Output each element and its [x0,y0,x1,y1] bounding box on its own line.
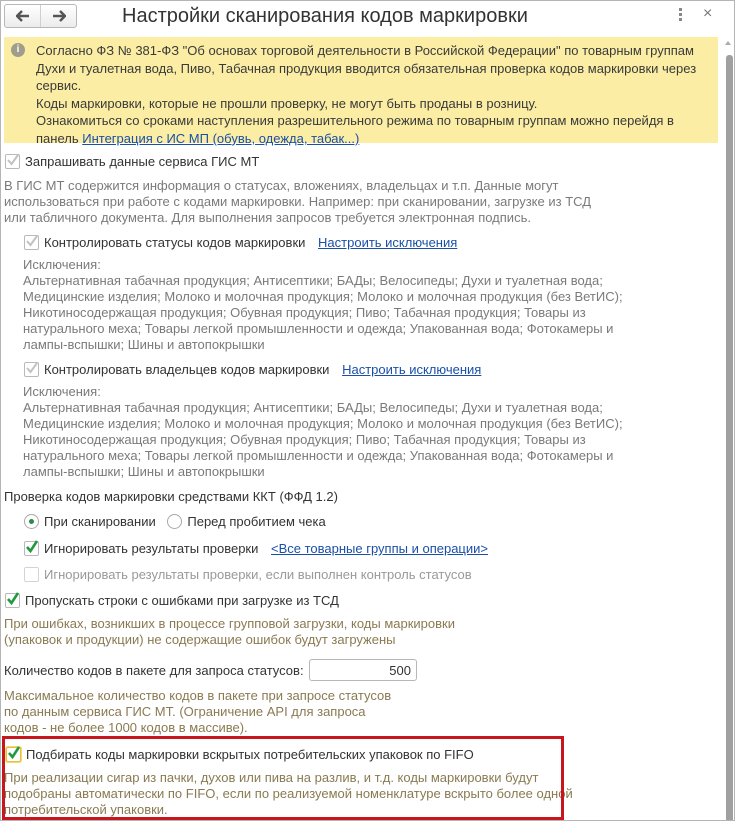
exceptions-line: натурального меха; Товары легкой промышл… [23,321,623,337]
batch-size-input[interactable]: 500 [309,659,417,681]
kkt-mode-radio-group: При сканировании Перед пробитием чека [24,514,326,529]
gis-mt-description: В ГИС МТ содержится информация о статуса… [4,178,591,226]
exceptions-line: Альтернативная табачная продукция; Антис… [23,273,623,289]
control-statuses-row[interactable]: Контролировать статусы кодов маркировки … [24,235,457,250]
kkt-heading: Проверка кодов маркировки средствами ККТ… [4,489,338,504]
radio-before-receipt[interactable]: Перед пробитием чека [167,514,325,529]
info-line-2: Коды маркировки, которые не прошли прове… [36,95,716,113]
owner-exceptions: Исключения: Альтернативная табачная прод… [23,384,623,480]
exceptions-line: лампы-вспышки; Шины и автопокрышки [23,337,623,353]
forward-button[interactable] [40,5,76,27]
ignore-if-status-checkbox [24,567,39,582]
status-exceptions: Исключения: Альтернативная табачная прод… [23,257,623,353]
ignore-if-status-label: Игнорировать результаты проверки, если в… [44,567,472,582]
info-line-1: Согласно ФЗ № 381-ФЗ "Об основах торгово… [36,42,716,95]
batch-size-label: Количество кодов в пакете для запроса ст… [4,663,304,678]
skip-errors-row[interactable]: Пропускать строки с ошибками при загрузк… [5,593,339,608]
radio-button[interactable] [167,514,182,529]
radio-label: Перед пробитием чека [187,514,325,529]
radio-on-scan[interactable]: При сканировании [24,514,156,529]
exceptions-line: Медицинские изделия; Молоко и молочная п… [23,289,623,305]
desc-line: В ГИС МТ содержится информация о статуса… [4,178,591,194]
info-line-3: Ознакомиться со сроками наступления разр… [36,112,716,147]
control-owners-checkbox[interactable] [24,362,39,377]
request-gis-mt-label: Запрашивать данные сервиса ГИС МТ [25,154,259,169]
arrow-right-icon [52,10,66,22]
form-content: i Согласно ФЗ № 381-ФЗ "Об основах торго… [1,37,721,820]
configure-status-exceptions-link[interactable]: Настроить исключения [318,235,457,250]
exceptions-line: лампы-вспышки; Шины и автопокрышки [23,464,623,480]
skip-errors-label: Пропускать строки с ошибками при загрузк… [25,593,339,608]
checkmark-icon [7,746,21,760]
exceptions-line: Никотиносодержащая продукция; Обувная пр… [23,432,623,448]
exceptions-line: Никотиносодержащая продукция; Обувная пр… [23,305,623,321]
scroll-up-arrow-icon[interactable] [725,41,731,45]
control-statuses-label: Контролировать статусы кодов маркировки [44,235,305,250]
ignore-if-status-row: Игнорировать результаты проверки, если в… [24,567,472,582]
desc-line: При реализации сигар из пачки, духов или… [4,770,573,786]
checkmark-icon [6,153,20,167]
fifo-row[interactable]: Подбирать коды маркировки вскрытых потре… [6,747,474,762]
integration-link[interactable]: Интеграция с ИС МП (обувь, одежда, табак… [82,131,359,146]
request-gis-mt-row[interactable]: Запрашивать данные сервиса ГИС МТ [5,154,259,169]
settings-window: Настройки сканирования кодов маркировки … [0,0,735,821]
exceptions-title: Исключения: [23,257,623,273]
checkmark-icon [25,540,39,554]
configure-owner-exceptions-link[interactable]: Настроить исключения [342,362,481,377]
radio-button[interactable] [24,514,39,529]
control-owners-row[interactable]: Контролировать владельцев кодов маркиров… [24,362,481,377]
desc-line: кодов - не более 1000 кодов в массиве). [4,720,391,736]
exceptions-line: Медицинские изделия; Молоко и молочная п… [23,416,623,432]
desc-line: (упаковок и продукции) не содержащие оши… [4,632,455,648]
skip-errors-checkbox[interactable] [5,593,20,608]
fifo-label: Подбирать коды маркировки вскрытых потре… [26,747,474,762]
more-vertical-icon[interactable] [679,8,683,24]
all-product-groups-link[interactable]: <Все товарные группы и операции> [271,541,488,556]
desc-line: подобраны автоматически по FIFO, если по… [4,786,573,802]
ignore-results-label: Игнорировать результаты проверки [44,541,258,556]
info-icon: i [11,43,25,57]
skip-errors-description: При ошибках, возникших в процессе группо… [4,616,455,648]
exceptions-line: натурального меха; Товары легкой промышл… [23,448,623,464]
checkmark-icon [25,234,39,248]
info-banner: i Согласно ФЗ № 381-ФЗ "Об основах торго… [4,37,718,143]
checkmark-icon [6,592,20,606]
exceptions-title: Исключения: [23,384,623,400]
desc-line: Максимальное количество кодов в пакете п… [4,688,391,704]
checkmark-icon [25,361,39,375]
desc-line: потребительской упаковки. [4,802,573,818]
ignore-results-checkbox[interactable] [24,541,39,556]
arrow-left-icon [16,10,30,22]
nav-buttons [4,4,77,28]
window-title: Настройки сканирования кодов маркировки [122,5,528,28]
scrollbar-thumb[interactable] [726,55,733,820]
info-text: Согласно ФЗ № 381-ФЗ "Об основах торгово… [36,42,716,148]
request-gis-mt-checkbox[interactable] [5,154,20,169]
radio-label: При сканировании [44,514,156,529]
desc-line: использоваться при работе с кодами марки… [4,194,591,210]
ignore-results-row[interactable]: Игнорировать результаты проверки <Все то… [24,541,488,556]
close-icon[interactable]: × [703,5,712,23]
back-button[interactable] [5,5,40,27]
title-bar: Настройки сканирования кодов маркировки … [1,1,734,35]
control-statuses-checkbox[interactable] [24,235,39,250]
fifo-description: При реализации сигар из пачки, духов или… [4,770,573,818]
desc-line: или табличного документа. Для выполнения… [4,210,591,226]
desc-line: При ошибках, возникших в процессе группо… [4,616,455,632]
exceptions-line: Альтернативная табачная продукция; Антис… [23,400,623,416]
desc-line: по данным сервиса ГИС МТ. (Ограничение A… [4,704,391,720]
control-owners-label: Контролировать владельцев кодов маркиров… [44,362,329,377]
fifo-checkbox[interactable] [6,747,21,762]
vertical-scrollbar[interactable] [722,37,733,820]
batch-size-description: Максимальное количество кодов в пакете п… [4,688,391,736]
